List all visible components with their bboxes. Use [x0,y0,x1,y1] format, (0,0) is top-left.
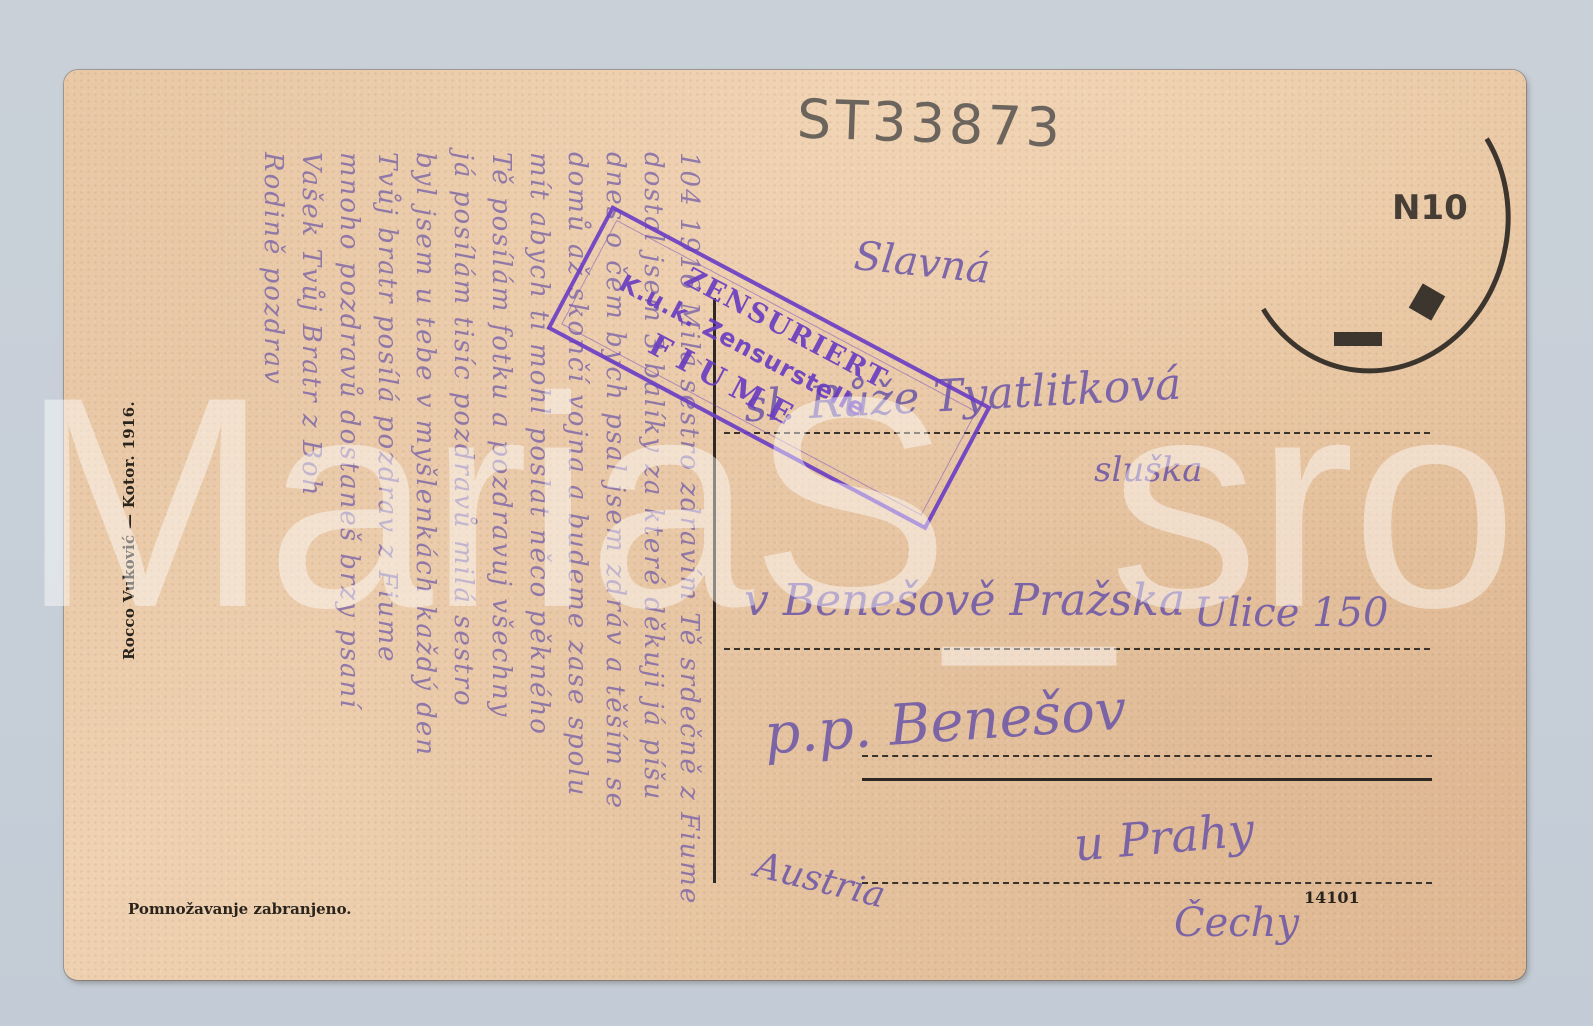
message-column: Tvůj bratr posílá pozdrav z Fiume [372,152,402,663]
message-column: mnoho pozdravů dostaneš brzy psaní [334,152,364,710]
message-column: Vašek Tvůj Bratr z Boh [296,152,326,497]
postmark-text: N10 [1392,188,1468,228]
address-line [862,755,1432,757]
reproduction-notice: Pomnožavanje zabranjeno. [128,900,352,918]
address-street: Ulice 150 [1194,590,1388,636]
card-number: 14101 [1304,888,1360,907]
message-column: Rodině pozdrav [258,152,288,386]
postcard: 104 1916 Milá sestro zdravím Tě srdečně … [64,70,1526,980]
postmark-bar [1334,332,1382,346]
message-column: byl jsem u tebe v myšlenkách každý den [410,152,440,757]
address-salutation: Slavná [852,233,992,293]
message-column: Tě posílám fotku a pozdravuj všechny [486,152,516,718]
publisher-imprint: Rocco Vuković — Kotor. 1916. [120,401,138,660]
inventory-number: ST33873 [796,87,1065,159]
address-region: u Prahy [1072,802,1256,872]
postmark-circle [1212,70,1526,399]
address-town: v Benešově Pražska [744,575,1185,626]
address-line [862,882,1432,884]
address-country-region: Čechy [1174,900,1299,946]
message-column: mít abych ti mohl poslat něco pěkného [524,152,554,736]
address-occupation: sluška [1094,450,1203,490]
address-underline [862,778,1432,781]
message-column: já posílám tisíc pozdravů milá sestro [448,152,478,708]
address-line [724,648,1430,650]
address-country: Austria [751,845,889,917]
